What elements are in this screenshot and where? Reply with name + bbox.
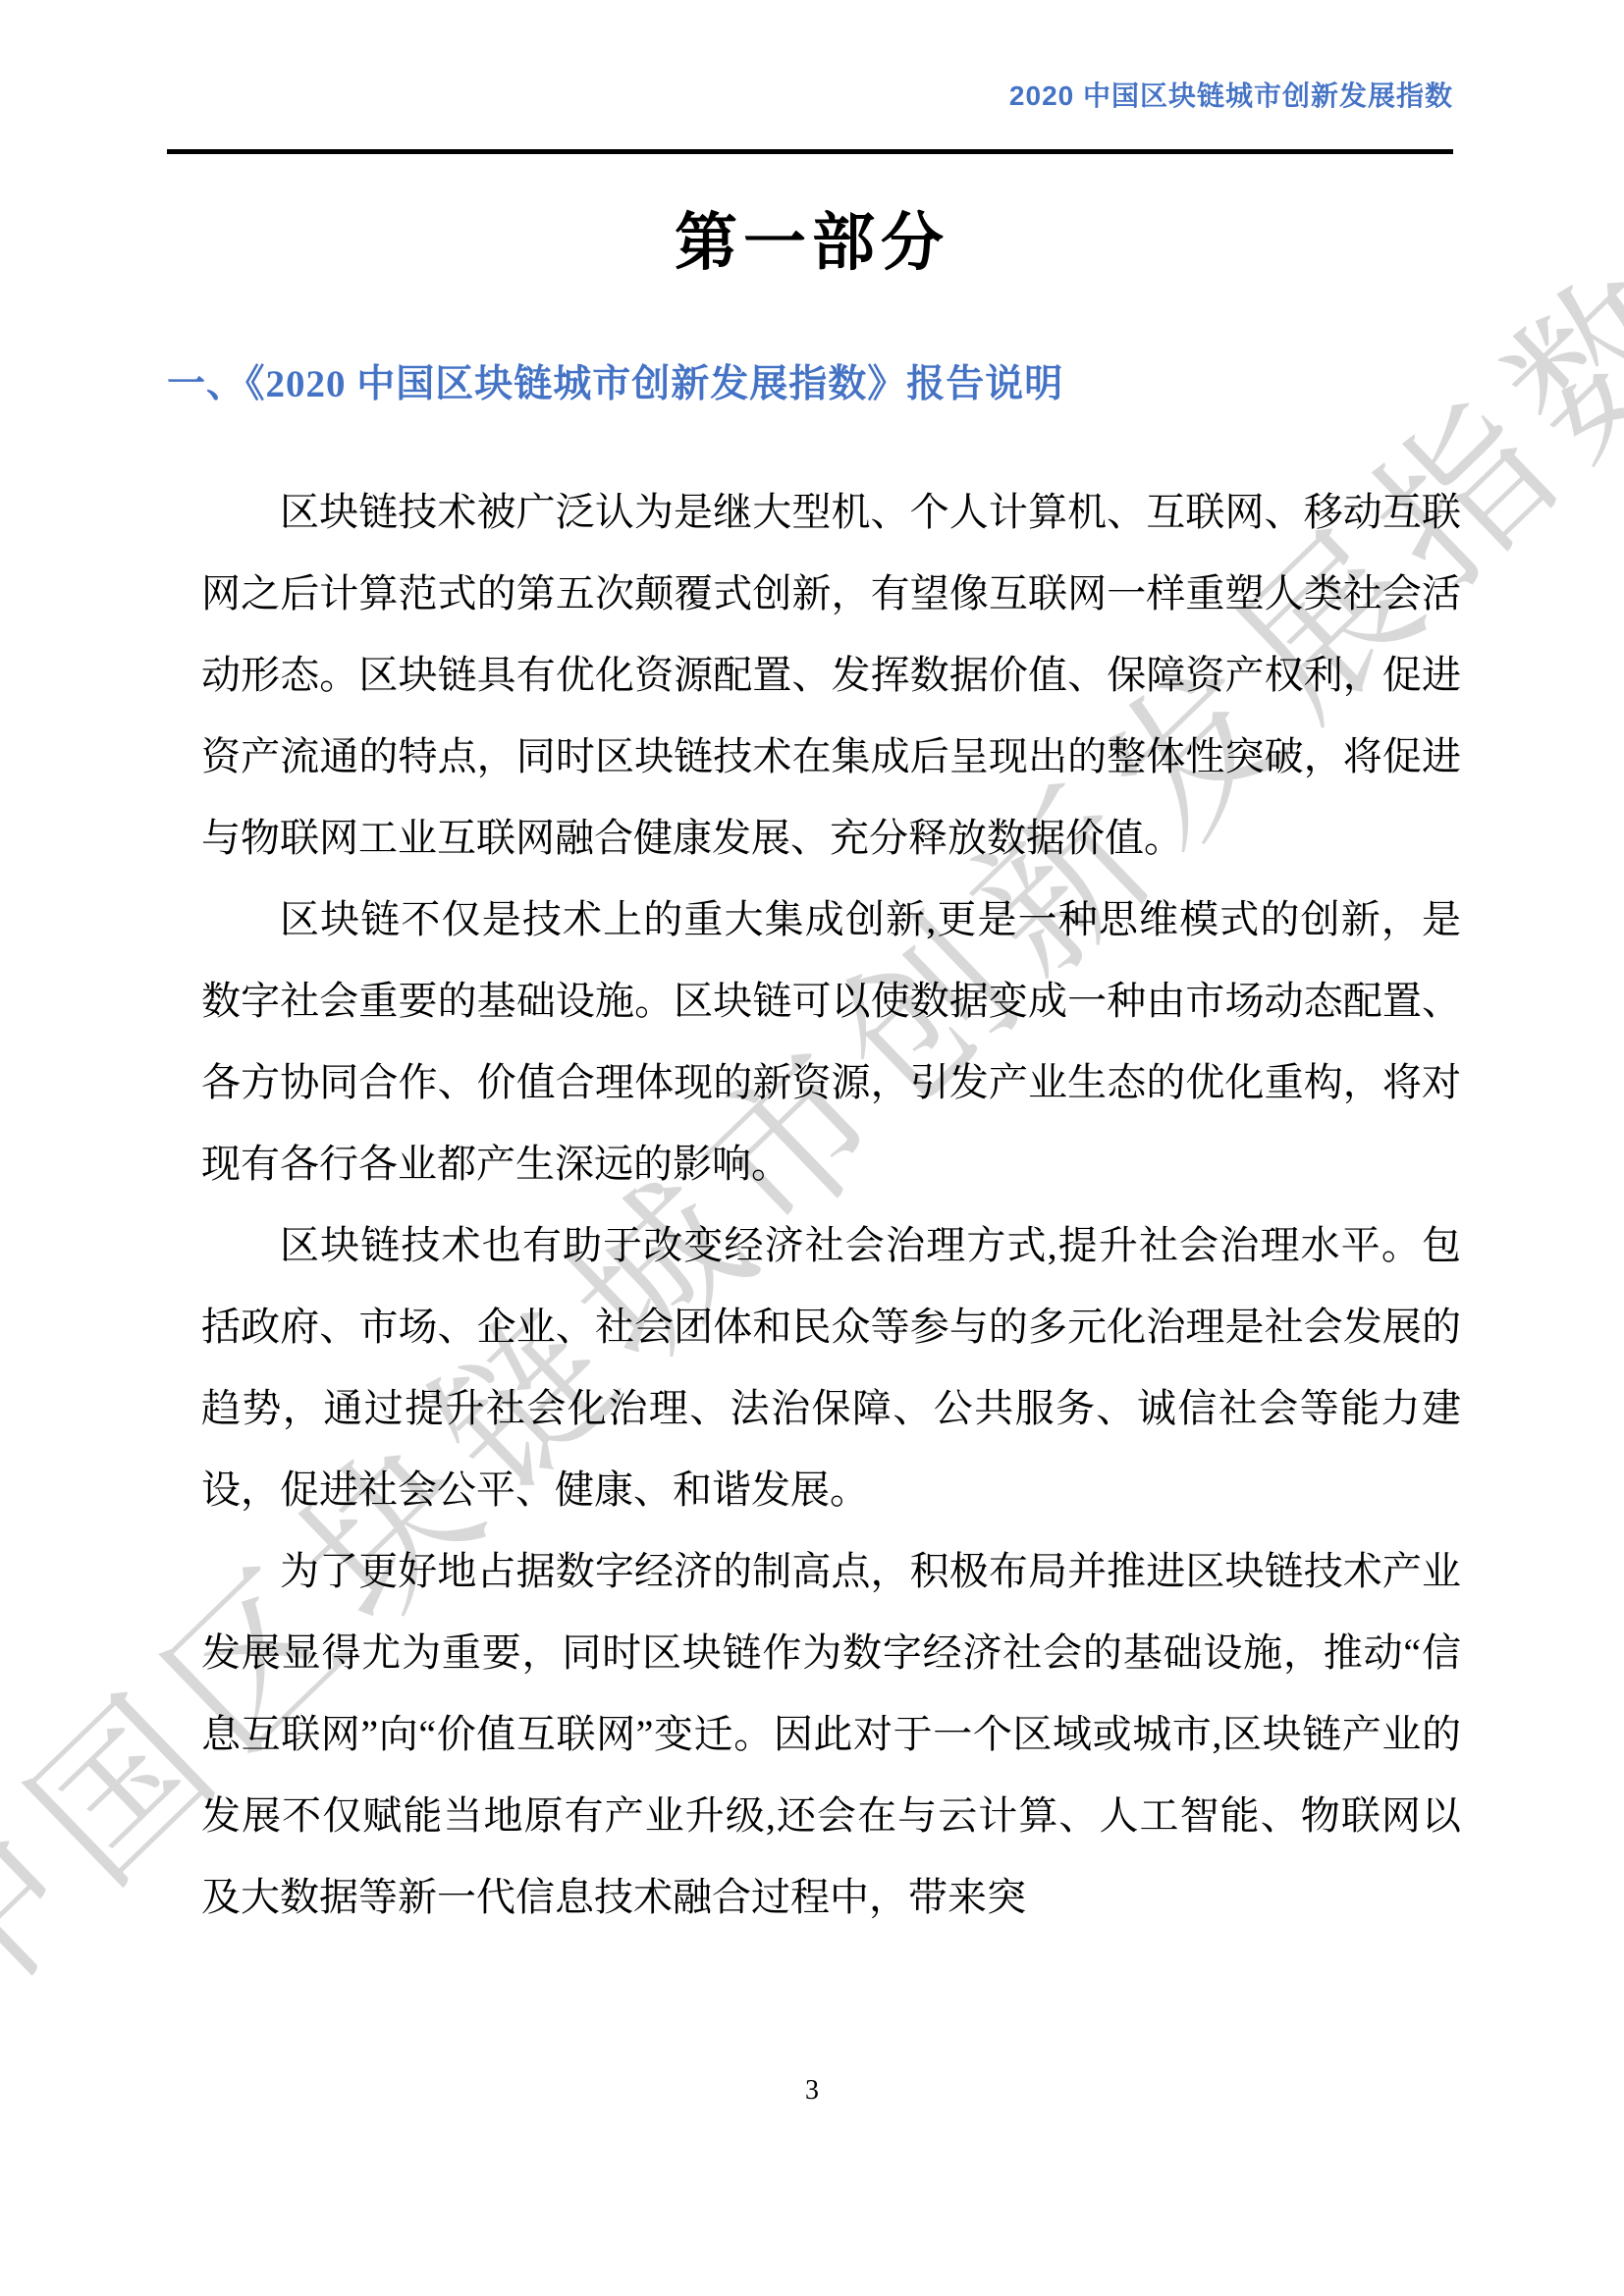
running-header: 2020 中国区块链城市创新发展指数 <box>1009 75 1453 114</box>
paragraph-4: 为了更好地占据数字经济的制高点，积极布局并推进区块链技术产业发展显得尤为重要，同… <box>201 1530 1461 1938</box>
header-rule <box>167 149 1453 154</box>
paragraph-2: 区块链不仅是技术上的重大集成创新,更是一种思维模式的创新，是数字社会重要的基础设… <box>201 879 1461 1204</box>
body-content: 区块链技术被广泛认为是继大型机、个人计算机、互联网、移动互联网之后计算范式的第五… <box>201 471 1461 1938</box>
page-footer: 3 <box>0 2075 1624 2107</box>
page-number: 3 <box>805 2075 819 2106</box>
paragraph-3: 区块链技术也有助于改变经济社会治理方式,提升社会治理水平。包括政府、市场、企业、… <box>201 1204 1461 1530</box>
part-title: 第一部分 <box>0 192 1624 283</box>
document-page: 中国区块链城市创新发展指数 2020 中国区块链城市创新发展指数 第一部分 一、… <box>0 0 1624 2296</box>
section-heading: 一、《2020 中国区块链城市创新发展指数》报告说明 <box>167 353 1063 408</box>
paragraph-1: 区块链技术被广泛认为是继大型机、个人计算机、互联网、移动互联网之后计算范式的第五… <box>201 471 1461 879</box>
